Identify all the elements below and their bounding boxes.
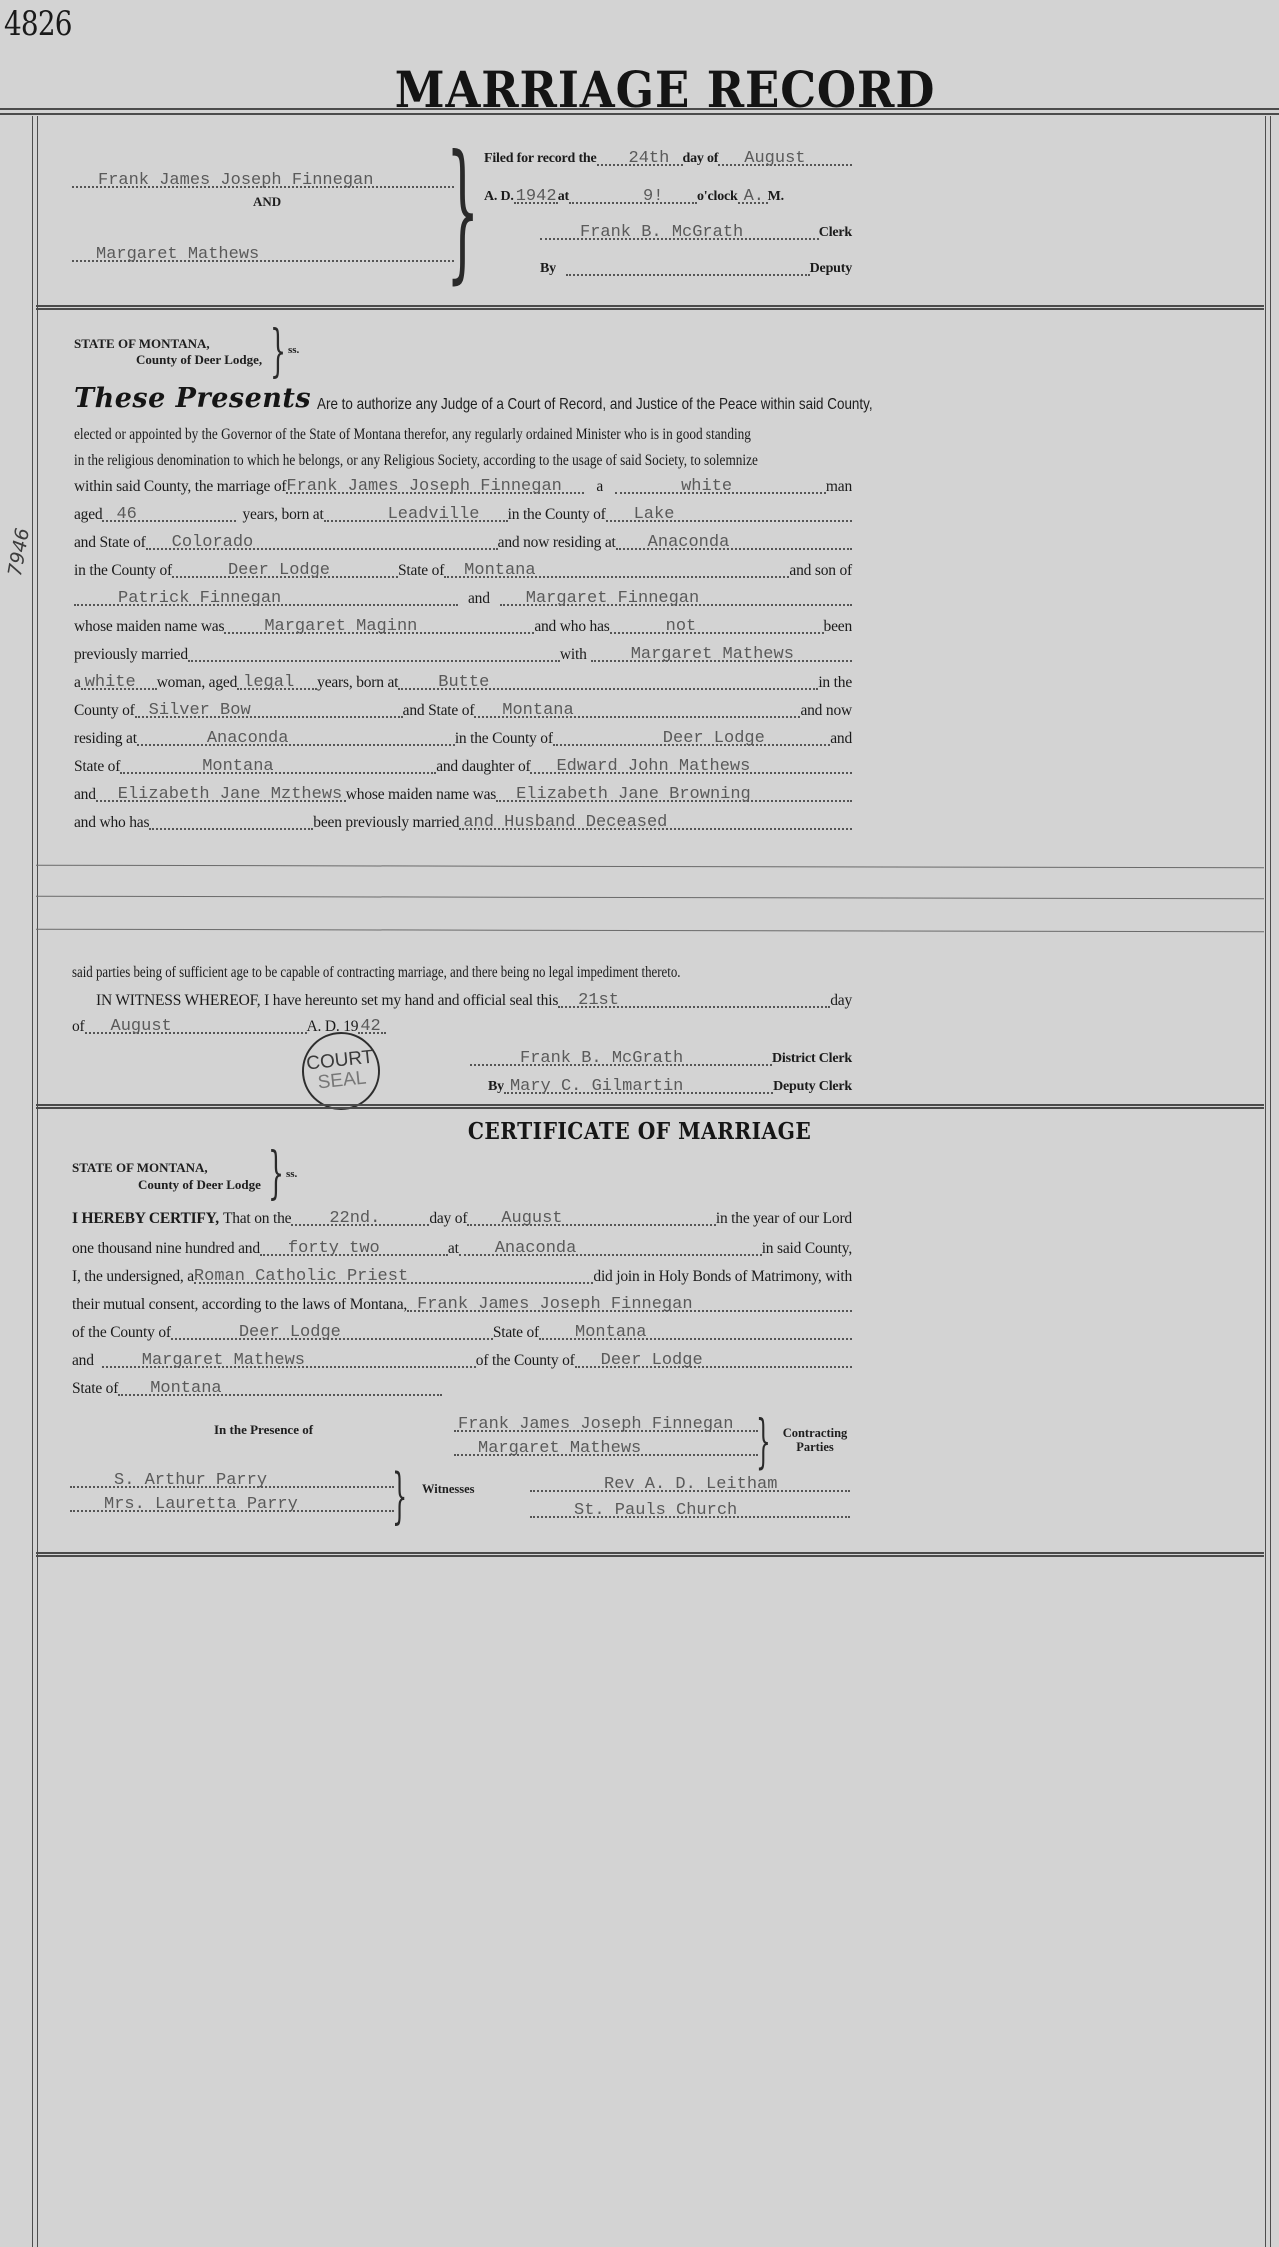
and-label-3: and xyxy=(74,785,96,806)
and-label-2: and xyxy=(830,729,852,750)
filed-meridiem: A. xyxy=(744,188,764,206)
by-label-2: By xyxy=(488,1077,504,1098)
sufficient-age-statement: said parties being of sufficient age to … xyxy=(72,964,680,982)
hereby-certify-label: I HEREBY CERTIFY, xyxy=(72,1209,219,1230)
witness-year: 42 xyxy=(360,1018,380,1036)
blank-rule-3 xyxy=(36,929,1264,933)
bride-residence-state: Montana xyxy=(202,758,273,776)
record-number: 4826 xyxy=(4,4,72,44)
groom-mother-maiden-name: Margaret Maginn xyxy=(264,618,417,636)
contracting-party-2-line: Margaret Mathews xyxy=(454,1438,758,1460)
certify-row: I HEREBY CERTIFY, That on the 22nd. day … xyxy=(72,1208,852,1230)
bride-residence-row: residing at Anaconda in the County of De… xyxy=(74,728,852,750)
cert-county-label: County of Deer Lodge xyxy=(138,1177,261,1193)
groom-age: 46 xyxy=(116,506,136,524)
intro-text: Are to authorize any Judge of a Court of… xyxy=(317,396,913,414)
groom-father: Patrick Finnegan xyxy=(118,590,281,608)
ad-label: A. D. xyxy=(484,187,514,208)
officiant-title-row: I, the undersigned, a Roman Catholic Pri… xyxy=(72,1266,852,1288)
contracting-party-1: Frank James Joseph Finnegan xyxy=(458,1416,733,1434)
witness-whereof-row: IN WITNESS WHEREOF, I have hereunto set … xyxy=(96,990,852,1012)
ss-label: ss. xyxy=(288,344,299,356)
witnesses-brace: } xyxy=(392,1466,407,1526)
groom-mother: Margaret Finnegan xyxy=(526,590,699,608)
district-clerk-row: Frank B. McGrath District Clerk xyxy=(470,1048,852,1070)
groom-residence-county-row: in the County of Deer Lodge State of Mon… xyxy=(74,560,852,582)
marriage-of-row: within said County, the marriage of Fran… xyxy=(74,476,852,498)
witness-1-line: S. Arthur Parry xyxy=(70,1470,394,1492)
cert-state-label: STATE OF MONTANA, xyxy=(72,1160,208,1176)
bride-race: white xyxy=(85,674,136,692)
previously-married-label: previously married xyxy=(74,645,188,666)
maiden-name-was-label-2: whose maiden name was xyxy=(346,785,496,806)
groom-birth-state-row: and State of Colorado and now residing a… xyxy=(74,532,852,554)
by-label: By xyxy=(540,259,556,280)
groom-name: Frank James Joseph Finnegan xyxy=(98,172,373,190)
top-double-rule xyxy=(0,108,1279,115)
blank-rule-2 xyxy=(36,896,1264,900)
groom-residence: Anaconda xyxy=(648,534,730,552)
one-thousand-label: one thousand nine hundred and xyxy=(72,1239,260,1260)
with-label: with xyxy=(560,645,587,666)
state-label: STATE OF MONTANA, xyxy=(74,336,210,352)
bride-name-line: Margaret Mathews xyxy=(72,244,454,266)
groom-county-row: of the County of Deer Lodge State of Mon… xyxy=(72,1322,852,1344)
these-presents-line: These Presents Are to authorize any Judg… xyxy=(74,383,1027,414)
bride-full-name: Margaret Mathews xyxy=(631,646,794,664)
groom-birth-county: Lake xyxy=(634,506,675,524)
and-daughter-of-label: and daughter of xyxy=(436,757,530,778)
groom-birth-state: Colorado xyxy=(172,534,254,552)
blank-rule-1 xyxy=(36,865,1264,869)
and-state-of-label-2: and State of xyxy=(403,701,475,722)
witness-whereof-label: IN WITNESS WHEREOF, I have hereunto set … xyxy=(96,991,558,1012)
and-who-has-label-2: and who has xyxy=(74,813,149,834)
m-label: M. xyxy=(768,187,784,208)
bride-age: legal xyxy=(243,674,294,692)
deputy-line: By Deputy xyxy=(540,258,852,280)
officiant-title: Roman Catholic Priest xyxy=(194,1268,408,1286)
married-with-row: previously married with Margaret Mathews xyxy=(74,644,852,666)
in-presence-of-label: In the Presence of xyxy=(214,1422,313,1438)
day-label: day xyxy=(830,991,852,1012)
aged-label: aged xyxy=(74,505,102,526)
contracting-label-1: Contracting xyxy=(778,1426,852,1441)
district-clerk-name: Frank B. McGrath xyxy=(520,1050,683,1068)
residing-at-label: residing at xyxy=(74,729,137,750)
a-lower-label: a xyxy=(74,673,81,694)
bottom-double-rule xyxy=(36,1552,1264,1557)
bride-state-row: State of Montana xyxy=(72,1378,442,1400)
contracting-label-2: Parties xyxy=(778,1440,852,1455)
groom-previously-married: not xyxy=(666,618,697,636)
venue-brace: } xyxy=(270,324,286,380)
bride-residence-county: Deer Lodge xyxy=(663,730,765,748)
officiant-church: St. Pauls Church xyxy=(574,1502,737,1520)
man-label: man xyxy=(826,477,852,498)
witness-date-row: of August A. D. 19 42 xyxy=(72,1016,452,1038)
bride-mother: Elizabeth Jane Mzthews xyxy=(118,786,342,804)
groom-full-name: Frank James Joseph Finnegan xyxy=(286,478,561,496)
officiant-name: Rev A. D. Leitham xyxy=(604,1476,777,1494)
witness-1-name: S. Arthur Parry xyxy=(114,1472,267,1490)
cert-bride-state: Montana xyxy=(150,1380,221,1398)
court-seal-stamp: COURT SEAL xyxy=(298,1028,384,1114)
section-divider-1 xyxy=(36,305,1264,310)
clerk-label: Clerk xyxy=(819,223,852,244)
groom-parents-row: Patrick Finnegan and Margaret Finnegan xyxy=(74,588,852,610)
county-of-label: County of xyxy=(74,701,135,722)
cert-at-label: at xyxy=(448,1239,459,1260)
cert-day: 22nd. xyxy=(329,1210,380,1228)
contracting-party-2: Margaret Mathews xyxy=(478,1440,641,1458)
filed-year: 1942 xyxy=(516,188,557,206)
now-residing-at-label: and now residing at xyxy=(498,533,616,554)
groom-race: white xyxy=(681,478,732,496)
bride-birth-county: Silver Bow xyxy=(149,702,251,720)
bride-birth-county-row: County of Silver Bow and State of Montan… xyxy=(74,700,852,722)
years-born-at-label: years, born at xyxy=(242,505,323,526)
state-of-label: State of xyxy=(398,561,444,582)
cert-month: August xyxy=(501,1210,562,1228)
groom-age-row: aged 46 years, born at Leadville in the … xyxy=(74,504,852,526)
cert-state-of-label-2: State of xyxy=(72,1379,118,1400)
cert-bride-county: Deer Lodge xyxy=(601,1352,703,1370)
witnesses-label: Witnesses xyxy=(422,1482,475,1497)
witness-2-name: Mrs. Lauretta Parry xyxy=(104,1496,298,1514)
these-presents-heading: These Presents xyxy=(74,383,311,414)
cert-and-label: and xyxy=(72,1351,94,1372)
a-label: a xyxy=(596,477,603,498)
and-who-has-label: and who has xyxy=(534,617,609,638)
years-born-at-label-2: years, born at xyxy=(317,673,398,694)
bride-previous-marriage-note: and Husband Deceased xyxy=(463,814,667,832)
bride-father: Edward John Mathews xyxy=(556,758,750,776)
parties-brace: } xyxy=(446,136,479,286)
and-son-of-label: and son of xyxy=(789,561,852,582)
seal-text-seal: SEAL xyxy=(317,1068,367,1093)
bride-residence: Anaconda xyxy=(207,730,289,748)
deputy-clerk-row: By Mary C. Gilmartin Deputy Clerk xyxy=(488,1076,852,1098)
bride-father-row: State of Montana and daughter of Edward … xyxy=(74,756,852,778)
oclock-label: o'clock xyxy=(697,187,738,208)
bride-birthplace: Butte xyxy=(438,674,489,692)
witness-day: 21st xyxy=(578,992,619,1010)
cert-ss-label: ss. xyxy=(286,1168,297,1180)
in-the-county-of-label-2: in the County of xyxy=(455,729,553,750)
filed-day: 24th xyxy=(629,150,670,168)
mutual-consent-label: their mutual consent, according to the l… xyxy=(72,1295,407,1316)
cert-groom-state: Montana xyxy=(575,1324,646,1342)
margin-annotation: 7946 xyxy=(4,526,34,577)
in-county-of-label: in the County of xyxy=(508,505,606,526)
marriage-of-label: within said County, the marriage of xyxy=(74,477,286,498)
clerk-line: Frank B. McGrath Clerk xyxy=(540,222,852,244)
right-border-rule xyxy=(1265,116,1271,2247)
cert-groom-name: Frank James Joseph Finnegan xyxy=(417,1296,692,1314)
at-label: at xyxy=(558,187,569,208)
cert-place: Anaconda xyxy=(495,1240,577,1258)
of-county-label-2: of the County of xyxy=(476,1351,575,1372)
certificate-title: CERTIFICATE OF MARRIAGE xyxy=(77,1118,1203,1145)
groom-birthplace: Leadville xyxy=(388,506,480,524)
year-of-our-lord-label: in the year of our Lord xyxy=(716,1209,852,1230)
district-clerk-label: District Clerk xyxy=(772,1049,852,1070)
filed-hour: 9! xyxy=(643,188,663,206)
cert-venue-brace: } xyxy=(268,1146,284,1202)
day-of-label: day of xyxy=(683,149,719,170)
mutual-consent-row: their mutual consent, according to the l… xyxy=(72,1294,852,1316)
witness-2-line: Mrs. Lauretta Parry xyxy=(70,1494,394,1516)
filed-time-line: A. D. 1942 at 9! o'clock A. M. xyxy=(484,186,774,208)
bride-age-row: a white woman, aged legal years, born at… xyxy=(74,672,852,694)
of-label: of xyxy=(72,1017,85,1038)
bride-county-row: and Margaret Mathews of the County of De… xyxy=(72,1350,852,1372)
groom-residence-state: Montana xyxy=(464,562,535,580)
of-county-label: of the County of xyxy=(72,1323,171,1344)
in-the-label: in the xyxy=(818,673,852,694)
bride-previously-married-row: and who has been previously married and … xyxy=(74,812,852,834)
been-label: been xyxy=(824,617,852,638)
did-join-label: did join in Holy Bonds of Matrimony, wit… xyxy=(593,1267,852,1288)
left-border-rule xyxy=(32,116,38,2247)
groom-residence-county: Deer Lodge xyxy=(228,562,330,580)
in-the-county-of-label: in the County of xyxy=(74,561,172,582)
groom-name-line: Frank James Joseph Finnegan xyxy=(72,170,454,192)
cert-state-of-label: State of xyxy=(493,1323,539,1344)
section-divider-2 xyxy=(36,1104,1264,1109)
officiant-name-line: Rev A. D. Leitham xyxy=(530,1474,850,1496)
cert-bride-name: Margaret Mathews xyxy=(142,1352,305,1370)
bride-birth-state: Montana xyxy=(502,702,573,720)
groom-name-field: Frank James Joseph Finnegan xyxy=(72,168,454,188)
bride-mother-maiden-name: Elizabeth Jane Browning xyxy=(516,786,751,804)
witness-month: August xyxy=(111,1018,172,1036)
in-said-county-label: in said County, xyxy=(762,1239,852,1260)
clerk-name: Frank B. McGrath xyxy=(580,224,743,242)
cert-day-of-label: day of xyxy=(429,1209,467,1230)
bride-mother-row: and Elizabeth Jane Mzthews whose maiden … xyxy=(74,784,852,806)
deputy-label: Deputy xyxy=(810,259,852,280)
been-previously-married-label: been previously married xyxy=(313,813,459,834)
license-line-3: in the religious denomination to which h… xyxy=(74,452,758,470)
marriage-record-page: 4826 MARRIAGE RECORD 7946 Frank James Jo… xyxy=(0,0,1279,2247)
filed-line: Filed for record the 24th day of August xyxy=(484,148,852,170)
license-line-2: elected or appointed by the Governor of … xyxy=(74,426,751,444)
deputy-clerk-name: Mary C. Gilmartin xyxy=(510,1078,683,1096)
county-label: County of Deer Lodge, xyxy=(136,352,262,368)
officiant-church-line: St. Pauls Church xyxy=(530,1500,850,1522)
maiden-name-was-label: whose maiden name was xyxy=(74,617,224,638)
bride-name-field: Margaret Mathews xyxy=(72,242,454,262)
cert-groom-county: Deer Lodge xyxy=(239,1324,341,1342)
state-of-label-2: State of xyxy=(74,757,120,778)
and-state-of-label: and State of xyxy=(74,533,146,554)
deputy-clerk-label: Deputy Clerk xyxy=(773,1077,852,1098)
year-place-row: one thousand nine hundred and forty two … xyxy=(72,1238,852,1260)
and-now-label: and now xyxy=(800,701,852,722)
contracting-brace: } xyxy=(756,1412,771,1470)
undersigned-label: I, the undersigned, a xyxy=(72,1267,194,1288)
filed-month: August xyxy=(744,150,805,168)
groom-mother-maiden-row: whose maiden name was Margaret Maginn an… xyxy=(74,616,852,638)
cert-year-words: forty two xyxy=(288,1240,380,1258)
and-label-parents: and xyxy=(468,589,490,610)
and-label: AND xyxy=(253,194,281,210)
that-on-the-label: That on the xyxy=(223,1209,291,1230)
filed-label: Filed for record the xyxy=(484,149,597,170)
woman-aged-label: woman, aged xyxy=(157,673,237,694)
bride-name: Margaret Mathews xyxy=(96,246,259,264)
contracting-party-1-line: Frank James Joseph Finnegan xyxy=(454,1414,758,1436)
